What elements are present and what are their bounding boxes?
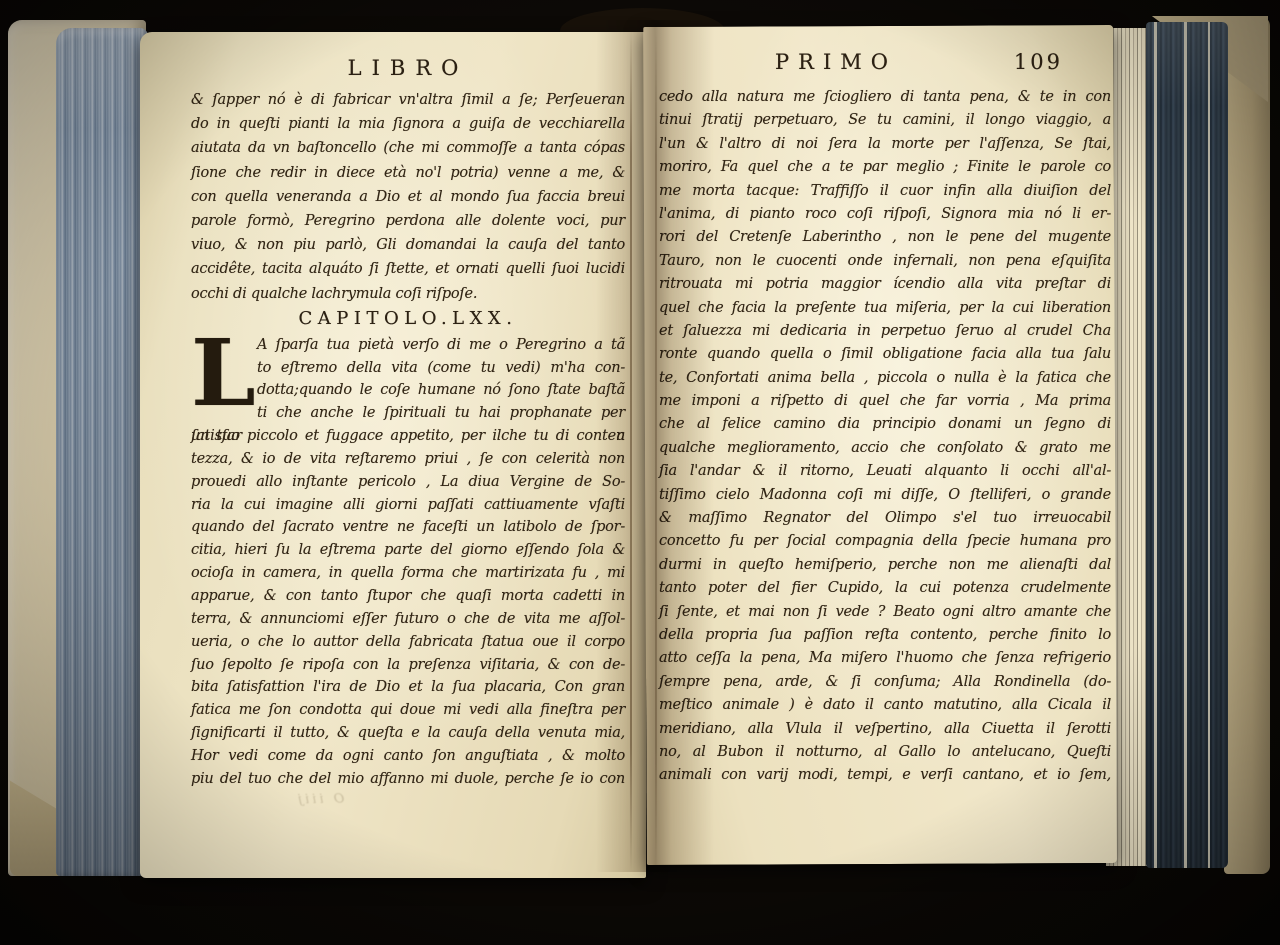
text-line: bita ſatisfattion l'ira de Dio et la ſua… — [191, 676, 625, 699]
text-line: ſignificarti il tutto, & queſta e la cau… — [191, 722, 625, 745]
paragraph-1-last-line: occhi di qualche lachrymula coſi riſpoſe… — [191, 282, 625, 306]
text-line: A ſparſa tua pietà verſo di me o Peregri… — [191, 334, 625, 357]
running-title-right: PRIMO — [775, 50, 897, 74]
text-line: ria la cui imagine alli giorni paſſati c… — [191, 494, 625, 517]
text-line: te, Confortati anima bella , piccola o n… — [659, 367, 1111, 390]
text-line: tiſſimo cielo Madonna coſi mi diſſe, O ſ… — [659, 484, 1111, 507]
guard-page-line — [1154, 22, 1157, 868]
chapter-heading: CAPITOLO.LXX. — [191, 306, 625, 332]
text-line: con quella veneranda a Dio et al mondo ſ… — [191, 185, 625, 209]
gutter-crease-left — [630, 30, 632, 872]
text-line: Tauro, non le cuocenti onde infernali, n… — [659, 250, 1111, 273]
text-line: me imponi a riſpetto di quel che far vor… — [659, 390, 1111, 413]
drop-cap-letter: L — [191, 336, 249, 404]
text-line: & maſſimo Regnator del Olimpo s'el tuo i… — [659, 507, 1111, 530]
gutter-crease-right — [655, 30, 657, 872]
vellum-cover-right — [1224, 16, 1270, 874]
fore-edge-right-pages — [1146, 22, 1228, 868]
text-line: tanto poter del fier Cupido, la cui pote… — [659, 577, 1111, 600]
guard-page-line — [1184, 22, 1187, 868]
text-line: ti che anche le ſpirituali tu hai propha… — [191, 402, 625, 425]
text-line: dotta;quando le coſe humane nó ſono ſtat… — [191, 379, 625, 402]
running-title-left: LIBRO — [191, 56, 625, 82]
text-line: tezza, & io de vita reſtaremo priui , ſe… — [191, 448, 625, 471]
paragraph-1: & ſapper nó è di fabricar vn'altra ſimil… — [191, 88, 625, 282]
book-photo: LIBRO & ſapper nó è di fabricar vn'altra… — [0, 0, 1280, 945]
text-line: ocioſa in camera, in quella forma che ma… — [191, 562, 625, 585]
text-line: aiutata da vn baſtoncello (che mi commoſ… — [191, 136, 625, 160]
text-line: meridiano, alla Vlula il veſpertino, all… — [659, 718, 1111, 741]
text-line: parole formò, Peregrino perdona alle dol… — [191, 209, 625, 233]
right-page-text: PRIMO 109 cedo alla natura me ſciogliero… — [659, 50, 1111, 788]
text-line: do in queſti pianti la mia ſignora a gui… — [191, 112, 625, 136]
text-line: ſuo ſepolto ſe ripoſa con la preſenza vi… — [191, 654, 625, 677]
show-through-signature-mark: O iiij — [295, 792, 345, 808]
text-line: l'anima, di pianto roco coſi riſpoſi, Si… — [659, 203, 1111, 226]
text-line: ſi ſente, et mai non ſi vede ? Beato ogn… — [659, 601, 1111, 624]
text-line: terra, & annunciomi eſſer futuro o che d… — [191, 608, 625, 631]
text-line: che al felice camino dia principio donam… — [659, 413, 1111, 436]
text-line: tinui ſtratij perpetuaro, Se tu camini, … — [659, 109, 1111, 132]
text-line: fatica me ſon condotta qui doue mi vedi … — [191, 699, 625, 722]
text-line: ritrouata mi potria maggior ícendio alla… — [659, 273, 1111, 296]
text-line: me morta tacque: Traffiſſo il cuor infin… — [659, 180, 1111, 203]
text-line: accidête, tacita alquáto ſi ſtette, et o… — [191, 257, 625, 281]
text-line: ronte quando quella o ſimil obligatione … — [659, 343, 1111, 366]
text-line: quando del ſacrato ventre ne faceſti un … — [191, 516, 625, 539]
text-line: citia, hieri ſu la eſtrema parte del gio… — [191, 539, 625, 562]
text-line: ſia l'andar & il ritorno, Leuati alquant… — [659, 460, 1111, 483]
text-line: et ſaluezza mi dedicaria in perpetuo ſer… — [659, 320, 1111, 343]
text-line: l'un & l'altro di noi ſera la morte per … — [659, 133, 1111, 156]
text-line: no, al Bubon il notturno, al Gallo lo an… — [659, 741, 1111, 764]
guard-page-line — [1208, 22, 1210, 868]
text-line: qualche meglioramento, accio che conſola… — [659, 437, 1111, 460]
text-line: ſione che redir in diece età no'l potria… — [191, 161, 625, 185]
text-line: della propria ſua paſſion reſta contento… — [659, 624, 1111, 647]
text-line: concetto fu per ſocial compagnia della ſ… — [659, 530, 1111, 553]
right-page-header: PRIMO 109 — [659, 50, 1111, 76]
fore-edge-left-pages — [56, 28, 148, 876]
text-line: apparue, & con tanto ſtupor che quaſi mo… — [191, 585, 625, 608]
left-page-text: LIBRO & ſapper nó è di fabricar vn'altra… — [191, 56, 625, 791]
right-page-paragraph: cedo alla natura me ſciogliero di tanta … — [659, 86, 1111, 788]
text-line: ſempre pena, arde, & ſi conſuma; Alla Ro… — [659, 671, 1111, 694]
text-line: cedo alla natura me ſciogliero di tanta … — [659, 86, 1111, 109]
chapter-paragraph: L A ſparſa tua pietà verſo di me o Pereg… — [191, 334, 625, 791]
text-line: piu del tuo che del mio affanno mi duole… — [191, 768, 625, 791]
text-line: & ſapper nó è di fabricar vn'altra ſimil… — [191, 88, 625, 112]
text-line: atto ceſſa la pena, Ma miſero l'huomo ch… — [659, 647, 1111, 670]
text-line: un tuo piccolo et fuggace appetito, per … — [191, 425, 625, 448]
text-line: durmi in queſto hemiſperio, perche non m… — [659, 554, 1111, 577]
text-line: Hor vedi come da ogni canto ſon anguſtia… — [191, 745, 625, 768]
folio-number: 109 — [1014, 50, 1063, 74]
text-line: quel che facia la preſente tua miſeria, … — [659, 297, 1111, 320]
text-line: rori del Cretenſe Laberintho , non le pe… — [659, 226, 1111, 249]
text-line: moriro, Fa quel che a te par meglio ; Fi… — [659, 156, 1111, 179]
text-line: viuo, & non piu parlò, Gli domandai la c… — [191, 233, 625, 257]
text-line: ueria, o che lo auttor della fabricata ſ… — [191, 631, 625, 654]
text-line: prouedi allo inſtante pericolo , La diua… — [191, 471, 625, 494]
text-line: to eſtremo della vita (come tu vedi) m'h… — [191, 357, 625, 380]
text-line: animali con varij modi, tempi, e verſi c… — [659, 764, 1111, 787]
paragraph-2: A ſparſa tua pietà verſo di me o Peregri… — [191, 334, 625, 791]
text-line: meſtico animale ) è dato il canto matuti… — [659, 694, 1111, 717]
